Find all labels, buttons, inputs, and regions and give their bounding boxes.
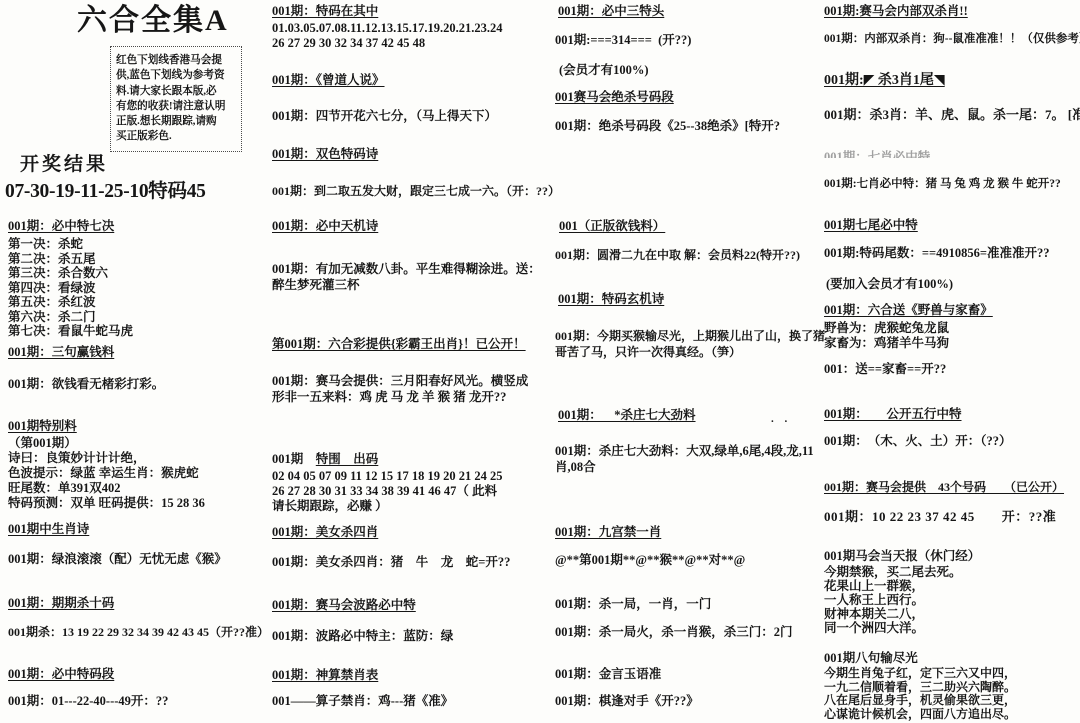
body-wuxing-zhongte: 001期： （木、火、土）开：（??） <box>824 434 1012 449</box>
header-tebieliao: 001期特别料 <box>8 419 77 434</box>
header-yuqian-liao: 001（正版欲钱料） <box>559 219 665 234</box>
header-meinv-sha-4: 001期：美女杀四肖 <box>272 525 378 540</box>
header-sha-3-xiao-1-wei: 001期:◤ 杀3肖1尾◥ <box>824 73 945 88</box>
body-dangtianbao: 今期禁猴，买二尾去死。 花果山上一群猴， 一人称王上西行。 财神本期关二八， 同… <box>824 565 962 635</box>
sheet-title: 六合全集A <box>77 5 229 37</box>
body-zengdaoren: 001期：四节开花六七分，（马上得天下） <box>272 109 497 124</box>
shazhuang-dots: . . <box>771 412 791 427</box>
header-jinyan-yuyu: 001期：金言玉语准 <box>555 667 661 682</box>
body-tebieliao: （第001期） 诗曰：良策妙计计计绝， 色波提示：绿蓝 幸运生肖：猴虎蛇 旺尾数… <box>8 436 205 511</box>
header-neibu-shuangsha: 001期:赛马会内部双杀肖!! <box>824 4 968 19</box>
body-jinyan-yuyu: 001期：棋逢对手《开??》 <box>555 694 699 709</box>
body-neibu-shuangsha: 001期：内部双杀肖：狗--鼠准准准！！（仅供参考） <box>824 32 1080 47</box>
header-baju-shujinguang: 001期八句输尽光 <box>824 651 918 666</box>
column-2: 001期：特码在其中 01.03.05.07.08.11.12.13.15.17… <box>270 0 546 723</box>
tewei-title: 特围 出码 <box>316 452 379 466</box>
body-meinv-sha-4: 001期：美女杀四肖：猪 牛 龙 蛇=开?? <box>272 555 510 570</box>
body-bizhong-te-7: 第一决：杀蛇 第二决：杀五尾 第三决：杀合数六 第四决：看绿波 第五决：杀红波 … <box>8 237 133 339</box>
body-shensuan-jinxiao: 001——算子禁肖：鸡---猪《准》 <box>272 694 453 709</box>
body-sha-shi-ma: 001期杀：13 19 22 29 32 34 39 42 43 45（开??准… <box>8 625 269 640</box>
line-song-jiachu: 001：送==家畜==开?? <box>824 362 946 377</box>
tewei-prefix: 001期 <box>272 452 303 466</box>
body-shazhuang-7: 001期：杀庄七大劲料：大双,绿单,6尾,4段,龙,11 肖,08合 <box>555 444 814 475</box>
body-tianji-shi: 001期：有加无减数八卦。平生难得糊涂进。送： 醉生梦死灌三杯 <box>272 262 541 293</box>
body-baju-shujinguang: 今期生肖兔子红，定下三六又中四， 一九二信顺着看，三二助兴六陶醉。 八在尾后显身… <box>824 667 1016 721</box>
column-4: 001期:赛马会内部双杀肖!! 001期：内部双杀肖：狗--鼠准准准！！（仅供参… <box>822 0 1080 723</box>
header-juesha-haoma: 001赛马会绝杀号码段 <box>555 90 674 105</box>
body-tema-duan: 001期：01---22-40---49开：?? <box>8 694 168 709</box>
header-shengxiao-shi: 001期中生肖诗 <box>8 522 89 537</box>
header-tewei-chuma: 001期 特围 出码 <box>272 452 378 467</box>
header-wuxing-zhongte: 001期： 公开五行中特 <box>824 407 962 422</box>
member-note-2: (要加入会员才有100%) <box>826 277 953 292</box>
header-tema-zaiqizhong: 001期：特码在其中 <box>272 4 378 19</box>
body-xuanji-shi: 001期：今期买猴输尽光，上期猴儿出了山，换了猪 哥苦了马，只许一次得真经。（笋… <box>555 329 825 360</box>
header-shuangse-shi: 001期：双色特码诗 <box>272 147 378 162</box>
header-san-te-tou: 001期：必中三特头 <box>558 4 664 19</box>
header-qiwei-bizhong: 001期七尾必中特 <box>824 218 918 233</box>
publisher-notice: 红色下划线香港马会提 供,蓝色下划线为参考资 料.请大家长跟本版,必 有您的收获… <box>110 46 242 152</box>
body-yeshou-jiachu: 野兽为：虎猴蛇兔龙鼠 家畜为：鸡猪羊牛马狗 <box>824 321 949 351</box>
body-qixiao-bizhong: 001期:七肖必中特：猪 马 兔 鸡 龙 猴 牛 蛇开?? <box>824 177 1061 192</box>
lottery-tip-sheet: 六合全集A 红色下划线香港马会提 供,蓝色下划线为参考资 料.请大家长跟本版,必… <box>0 0 1080 723</box>
header-jiugong-jinxiao: 001期：九宫禁一肖 <box>555 525 661 540</box>
body-shuangse-shi: 001期：到二取五发大财，跟定三七成一六。（开：??） <box>272 184 560 199</box>
line-sha-yi-ju-1: 001期：杀一局，一肖，一门 <box>555 597 711 612</box>
header-qixiao-faded: 001期：七肖必中特 <box>824 150 930 158</box>
body-juesha-haoma: 001期：绝杀号码段《25--38绝杀》[特开? <box>555 119 780 134</box>
member-note-1: (会员才有100%) <box>559 63 649 78</box>
body-san-te-tou: 001期:===314=== (开??) <box>555 33 691 48</box>
header-tema-duan: 001期：必中特码段 <box>8 667 114 682</box>
header-sanju: 001期：三句赢钱料 <box>8 345 114 360</box>
body-tema-zaiqizhong: 01.03.05.07.08.11.12.13.15.17.19.20.21.2… <box>272 21 503 51</box>
header-shensuan-jinxiao: 001期：神算禁肖表 <box>272 668 378 683</box>
header-zengdaoren: 001期：《曾道人说》 <box>272 73 385 88</box>
header-xuanji-shi: 001期：特码玄机诗 <box>558 292 664 307</box>
line-sha-yi-ju-2: 001期：杀一局火，杀一肖猴，杀三门：2门 <box>555 625 793 640</box>
header-bizhong-te-7: 001期：必中特七决 <box>8 219 114 234</box>
body-tewei-chuma: 02 04 05 07 09 11 12 15 17 18 19 20 21 2… <box>272 469 503 514</box>
header-bolu-bizhong: 001期：赛马会波路必中特 <box>272 598 416 613</box>
body-jiugong-jinxiao: @**第001期**@**猴**@**对**@ <box>555 553 745 568</box>
header-sha-shi-ma: 001期：期期杀十码 <box>8 596 114 611</box>
header-caibawang: 第001期：六合彩提供{彩霸王出肖}！已公开！ <box>272 337 526 352</box>
header-tianji-shi: 001期：必中天机诗 <box>272 219 378 234</box>
draw-result-label: 开奖结果 <box>20 157 108 172</box>
header-dangtianbao: 001期马会当天报（休门经） <box>824 549 980 564</box>
header-43-haoma: 001期：赛马会提供 43个号码 （已公开） <box>824 480 1064 495</box>
body-sanju: 001期：欲钱看无楮彩打彩。 <box>8 377 164 392</box>
body-43-haoma: 001期：10 22 23 37 42 45 开：??准 <box>824 509 1056 524</box>
body-bolu-bizhong: 001期：波路必中特主：蓝防：绿 <box>272 629 453 644</box>
body-qiwei-bizhong: 001期:特码尾数：==4910856=准准准开?? <box>824 246 1050 261</box>
body-sha-3-xiao-1-wei: 001期：杀3肖：羊、虎、鼠。杀一尾：7。 [准] <box>824 107 1080 122</box>
column-3: 001期：必中三特头 001期:===314=== (开??) (会员才有100… <box>553 0 823 723</box>
body-shengxiao-shi: 001期：绿浪滚滚（配）无忧无虑《猴》 <box>8 552 227 567</box>
body-yuqian-liao: 001期：圆滑二九在中取 解：会员料22(特开??) <box>555 248 800 263</box>
header-shazhuang-7: 001期： *杀庄七大劲料 <box>558 408 696 423</box>
header-yeshou-jiachu: 001期：六合送《野兽与家畜》 <box>824 303 993 318</box>
draw-result-numbers: 07-30-19-11-25-10特码45 <box>5 184 206 199</box>
column-1: 六合全集A 红色下划线香港马会提 供,蓝色下划线为参考资 料.请大家长跟本版,必… <box>5 0 267 723</box>
body-saimahui-liao: 001期：赛马会提供：三月阳春好风光。横竖成 形非一五来料：鸡 虎 马 龙 羊 … <box>272 374 528 405</box>
